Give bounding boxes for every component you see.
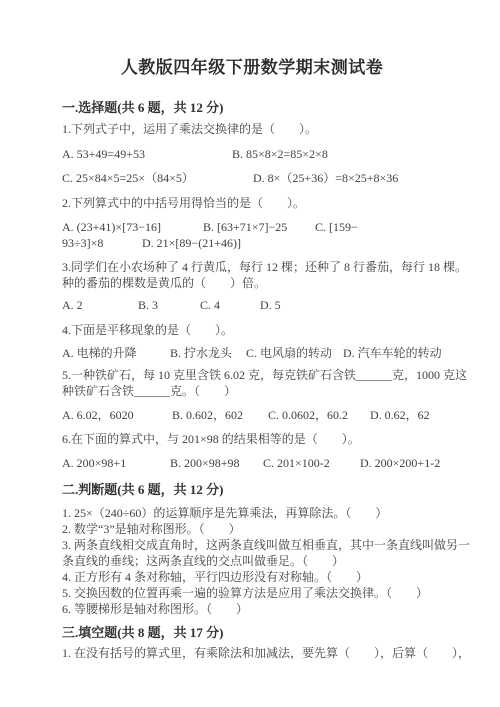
test-paper-page: 人教版四年级下册数学期末测试卷 一.选择题(共 6 题，共 12 分) 1.下列…: [0, 0, 500, 707]
q5-option-c: C. 0.0602，60.2: [268, 407, 370, 423]
q1-options-row-1: A. 53+49=49+53 B. 85×8×2=85×2×8: [62, 146, 442, 162]
q2-options-row-1: A. (23+41)×[73−16] B. [63+71×7]−25 C. [1…: [62, 219, 442, 235]
q3-options-row: A. 2 B. 3 C. 4 D. 5: [62, 297, 442, 313]
q2-stem: 2.下列算式中的中括号用得恰当的是（ ）。: [62, 195, 442, 211]
judge-line-2: 2. 数学“3”是轴对称图形。（ ）: [62, 521, 442, 537]
q1-options-row-2: C. 25×84×5=25×（84×5） D. 8×（25+36）=8×25+8…: [62, 170, 442, 186]
section-judge-header: 二.判断题(共 6 题，共 12 分): [62, 482, 442, 498]
q4-option-a: A. 电梯的升降: [62, 345, 170, 361]
q2-option-d: D. 21×[89−(21+46)]: [142, 235, 241, 251]
q4-option-c: C. 电风扇的转动: [246, 345, 343, 361]
q6-option-a: A. 200×98+1: [62, 455, 170, 471]
q3-option-c: C. 4: [200, 297, 260, 313]
q2-option-c-part2: 93÷3]×8: [62, 235, 142, 251]
q3-stem-line-2: 种的番茄的棵数是黄瓜的（ ）倍。: [62, 275, 442, 291]
q3-option-b: B. 3: [138, 297, 200, 313]
q2-options-row-2: 93÷3]×8 D. 21×[89−(21+46)]: [62, 235, 442, 251]
q1-option-a: A. 53+49=49+53: [62, 146, 232, 162]
q2-option-b: B. [63+71×7]−25: [203, 219, 315, 235]
q1-option-b: B. 85×8×2=85×2×8: [232, 146, 328, 162]
section-choice-header: 一.选择题(共 6 题，共 12 分): [62, 100, 442, 116]
q6-options-row: A. 200×98+1 B. 200×98+98 C. 201×100-2 D.…: [62, 455, 442, 471]
q6-option-c: C. 201×100-2: [263, 455, 360, 471]
judge-line-1: 1. 25×（240÷60）的运算顺序是先算乘法，再算除法。（ ）: [62, 505, 442, 521]
q5-stem-line-2: 种铁矿石含铁______克。（ ）: [62, 383, 442, 399]
q3-stem-line-1: 3.同学们在小农场种了 4 行黄瓜，每行 12 棵；还种了 8 行番茄，每行 1…: [62, 259, 442, 275]
section-fill-header: 三.填空题(共 8 题，共 17 分): [62, 625, 442, 641]
q6-option-b: B. 200×98+98: [170, 455, 263, 471]
q3-option-d: D. 5: [260, 297, 281, 313]
q2-option-c-part1: C. [159−: [315, 219, 358, 235]
fill-line-1: 1. 在没有括号的算式里，有乘除法和加减法，要先算（ ），后算（ ），: [62, 645, 442, 661]
judge-line-3a: 3. 两条直线相交成直角时，这两条直线叫做互相垂直，其中一条直线叫做另一: [62, 537, 442, 553]
q4-options-row: A. 电梯的升降 B. 拧水龙头 C. 电风扇的转动 D. 汽车车轮的转动: [62, 345, 442, 361]
judge-line-3b: 条直线的垂线；这两条直线的交点叫做垂足。（ ）: [62, 553, 442, 569]
q5-options-row: A. 6.02，6020 B. 0.602，602 C. 0.0602，60.2…: [62, 407, 442, 423]
q3-option-a: A. 2: [62, 297, 138, 313]
q6-option-d: D. 200×200+1-2: [360, 455, 440, 471]
q4-stem: 4.下面是平移现象的是（ ）。: [62, 322, 442, 338]
q1-option-c: C. 25×84×5=25×（84×5）: [62, 170, 253, 186]
doc-title: 人教版四年级下册数学期末测试卷: [62, 57, 442, 79]
judge-line-5: 5. 交换因数的位置再乘一遍的验算方法是应用了乘法交换律。（ ）: [62, 585, 442, 601]
judge-line-6: 6. 等腰梯形是轴对称图形。（ ）: [62, 601, 442, 617]
q6-stem: 6.在下面的算式中，与 201×98 的结果相等的是（ ）。: [62, 431, 442, 447]
q5-option-b: B. 0.602，602: [172, 407, 268, 423]
q5-stem-line-1: 5.一种铁矿石，每 10 克里含铁 6.02 克，每克铁矿石含铁______克，…: [62, 367, 442, 383]
q4-option-b: B. 拧水龙头: [170, 345, 246, 361]
q4-option-d: D. 汽车车轮的转动: [343, 345, 442, 361]
q5-option-a: A. 6.02，6020: [62, 407, 172, 423]
q5-option-d: D. 0.62，62: [370, 407, 430, 423]
q1-stem: 1.下列式子中，运用了乘法交换律的是（ ）。: [62, 121, 442, 137]
q2-option-a: A. (23+41)×[73−16]: [62, 219, 203, 235]
judge-line-4: 4. 正方形有 4 条对称轴，平行四边形没有对称轴。（ ）: [62, 569, 442, 585]
q1-option-d: D. 8×（25+36）=8×25+8×36: [253, 170, 398, 186]
